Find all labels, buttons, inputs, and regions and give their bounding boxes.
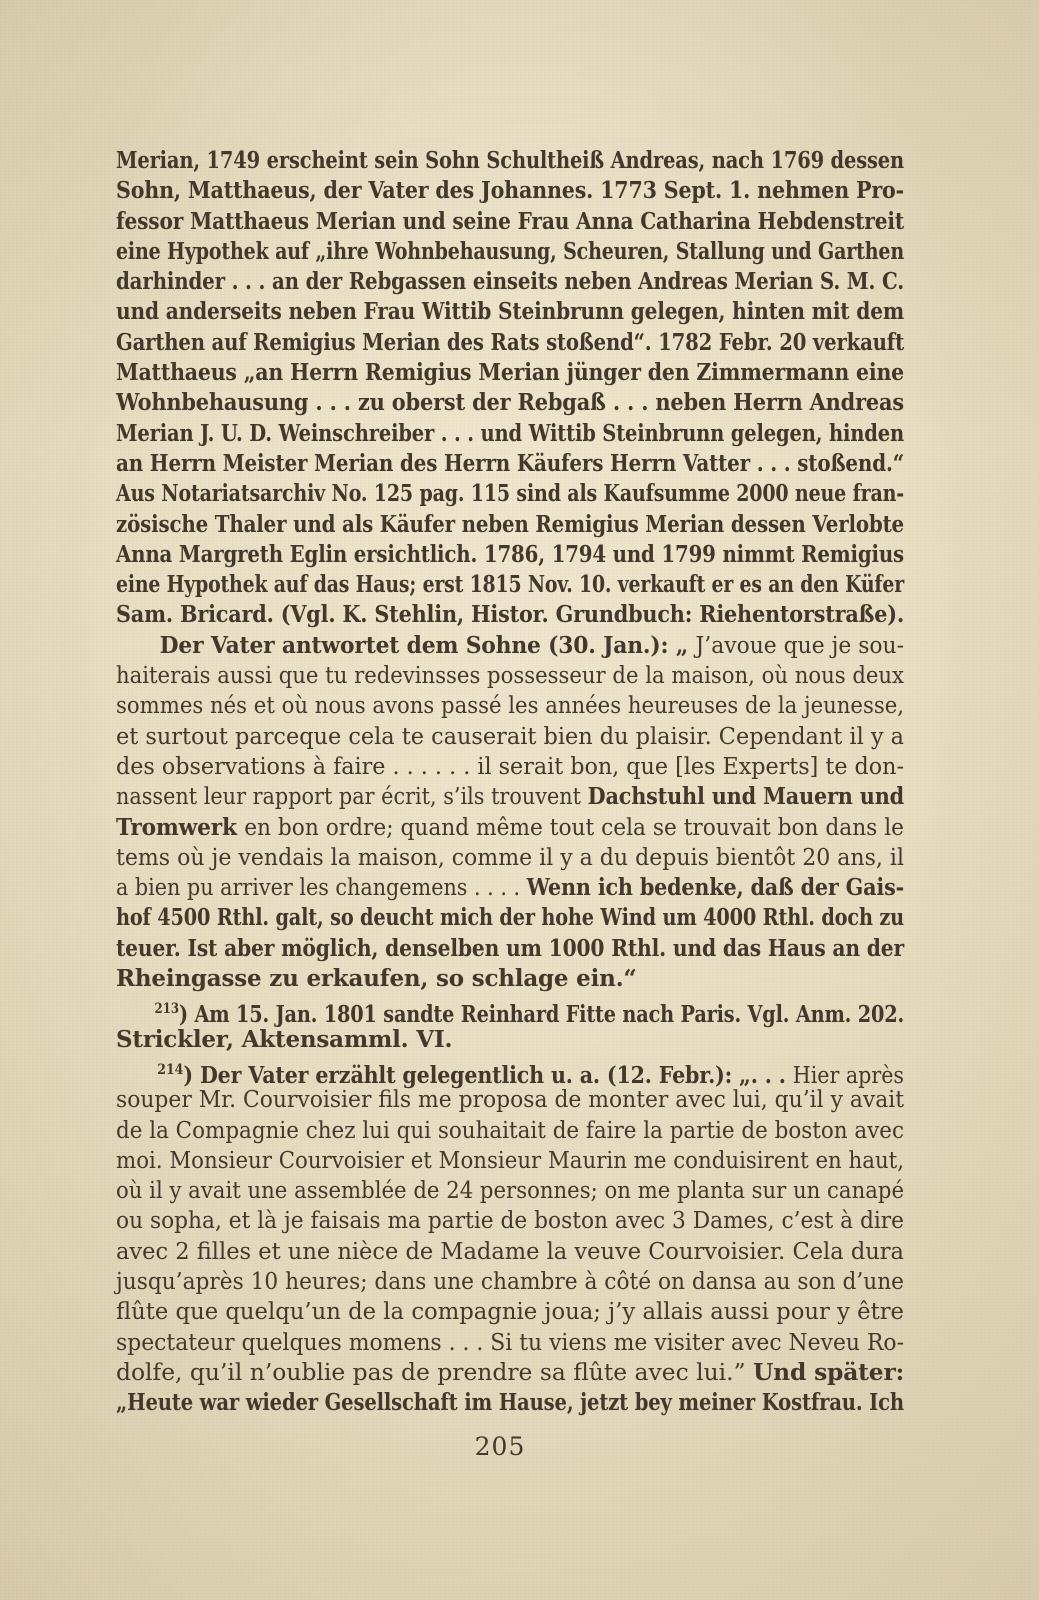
text-segment: Anna Margreth Eglin ersichtlich. 1786, 1… [116,541,904,568]
text-line: Sam. Bricard. (Vgl. K. Stehlin, Histor. … [116,600,904,630]
text-segment: où il y avait une assemblée de 24 person… [116,1178,904,1204]
text-line: jusqu’après 10 heures; dans une chambre … [116,1267,904,1297]
text-line-content: et surtout parceque cela te causerait bi… [116,722,904,752]
text-line: spectateur quelques momens . . . Si tu v… [116,1328,904,1358]
text-segment: flûte que quelqu’un de la compagnie joua… [116,1299,904,1325]
text-line: zösische Thaler und als Käufer neben Rem… [116,510,904,540]
text-line-content: sommes nés et où nous avons passé les an… [116,691,904,721]
text-line: Der Vater antwortet dem Sohne (30. Jan.)… [116,631,904,661]
text-line-content: Merian J. U. D. Weinschreiber . . . und … [116,419,904,449]
text-line: où il y avait une assemblée de 24 person… [116,1176,904,1206]
text-segment: des observations à faire . . . . . . il … [116,754,904,780]
text-segment: und anderseits neben Frau Wittib Steinbr… [116,298,904,325]
text-line-content: Garthen auf Remigius Merian des Rats sto… [116,328,904,358]
text-line-content: eine Hypothek auf das Haus; erst 1815 No… [116,570,904,600]
text-line-content: tems où je vendais la maison, comme il y… [116,843,904,873]
text-line-content: souper Mr. Courvoisier fils me proposa d… [116,1085,904,1115]
footnote-ref: 213 [155,1001,179,1017]
text-segment: Wenn ich bedenke, daß der Gais- [527,874,904,901]
text-line: Aus Notariatsarchiv No. 125 pag. 115 sin… [116,479,904,509]
text-line-content: fessor Matthaeus Merian und seine Frau A… [116,207,904,237]
text-line-content: a bien pu arriver les changemens . . . .… [116,873,904,903]
text-line-content: Rheingasse zu erkaufen, so schlage ein.“ [116,964,636,994]
text-line: darhinder . . . an der Rebgassen einseit… [116,267,904,297]
text-line-content: où il y avait une assemblée de 24 person… [116,1176,904,1206]
text-segment: Aus Notariatsarchiv No. 125 pag. 115 sin… [116,480,904,507]
text-line-content: hof 4500 Rthl. galt, so deucht mich der … [116,903,904,933]
text-line-content: haiterais aussi que tu redevinsses posse… [116,661,904,691]
text-segment: jusqu’après 10 heures; dans une chambre … [116,1269,904,1295]
text-segment: souper Mr. Courvoisier fils me proposa d… [116,1087,904,1113]
text-line-content: spectateur quelques momens . . . Si tu v… [116,1328,904,1358]
text-segment: avec 2 filles et une nièce de Madame la … [116,1239,904,1265]
text-segment: teuer. Ist aber möglich, denselben um 10… [116,935,904,962]
text-line-content: ou sopha, et là je faisais ma partie de … [116,1206,904,1236]
text-line-content: Anna Margreth Eglin ersichtlich. 1786, 1… [116,540,904,570]
text-segment: Wohnbehausung . . . zu oberst der Rebgaß… [116,389,904,416]
text-line: flûte que quelqu’un de la compagnie joua… [116,1297,904,1327]
text-line-content: und anderseits neben Frau Wittib Steinbr… [116,297,904,327]
text-line: „Heute war wieder Gesellschaft im Hause,… [116,1388,904,1418]
text-line: Matthaeus „an Herrn Remigius Merian jüng… [116,358,904,388]
text-segment: Dachstuhl und Mauern und [588,783,904,810]
text-line-content: nassent leur rapport par écrit, s’ils tr… [116,782,904,812]
text-line: tems où je vendais la maison, comme il y… [116,843,904,873]
text-line: fessor Matthaeus Merian und seine Frau A… [116,207,904,237]
text-line: Merian, 1749 erscheint sein Sohn Schulth… [116,146,904,176]
text-line: Garthen auf Remigius Merian des Rats sto… [116,328,904,358]
text-line: avec 2 filles et une nièce de Madame la … [116,1237,904,1267]
text-segment: J’avoue que je sou- [696,633,904,659]
text-segment: ou sopha, et là je faisais ma partie de … [116,1208,904,1234]
text-line-content: Merian, 1749 erscheint sein Sohn Schulth… [116,146,904,176]
text-line: dolfe, qu’il n’oublie pas de prendre sa … [116,1358,904,1388]
text-segment: Merian, 1749 erscheint sein Sohn Schulth… [116,147,904,174]
text-line: moi. Monsieur Courvoisier et Monsieur Ma… [116,1146,904,1176]
text-line-content: Matthaeus „an Herrn Remigius Merian jüng… [116,358,904,388]
text-segment: Und später: [753,1359,904,1386]
text-line-content: an Herrn Meister Merian des Herrn Käufer… [116,449,904,479]
text-line-content: avec 2 filles et une nièce de Madame la … [116,1237,904,1267]
text-segment: „Heute war wieder Gesellschaft im Hause,… [116,1389,904,1416]
text-segment: eine Hypothek auf „ihre Wohnbehausung, S… [116,238,904,265]
text-segment: Garthen auf Remigius Merian des Rats sto… [116,329,904,356]
text-line: an Herrn Meister Merian des Herrn Käufer… [116,449,904,479]
text-segment: Merian J. U. D. Weinschreiber . . . und … [116,420,904,447]
text-line-content: des observations à faire . . . . . . il … [116,752,904,782]
text-segment: fessor Matthaeus Merian und seine Frau A… [116,208,904,235]
text-segment: dolfe, qu’il n’oublie pas de prendre sa … [116,1360,753,1386]
text-line: Rheingasse zu erkaufen, so schlage ein.“ [116,964,904,994]
text-line-content: moi. Monsieur Courvoisier et Monsieur Ma… [116,1146,904,1176]
text-segment: Rheingasse zu erkaufen, so schlage ein.“ [116,965,636,992]
text-segment: eine Hypothek auf das Haus; erst 1815 No… [116,571,904,598]
text-segment: Der Vater antwortet dem Sohne (30. Jan.)… [160,632,696,659]
text-line: eine Hypothek auf das Haus; erst 1815 No… [116,570,904,600]
text-line-content: de la Compagnie chez lui qui souhaitait … [116,1116,904,1146]
page-number: 205 [0,1432,1000,1461]
text-line: Merian J. U. D. Weinschreiber . . . und … [116,419,904,449]
text-line: Tromwerk en bon ordre; quand même tout c… [116,813,904,843]
text-segment: Sam. Bricard. (Vgl. K. Stehlin, Histor. … [116,601,904,628]
text-line: des observations à faire . . . . . . il … [116,752,904,782]
text-line: nassent leur rapport par écrit, s’ils tr… [116,782,904,812]
text-line: hof 4500 Rthl. galt, so deucht mich der … [116,903,904,933]
text-segment: Tromwerk [116,814,244,841]
text-segment: de la Compagnie chez lui qui souhaitait … [116,1118,904,1144]
text-line: und anderseits neben Frau Wittib Steinbr… [116,297,904,327]
text-line: haiterais aussi que tu redevinsses posse… [116,661,904,691]
text-line: Sohn, Matthaeus, der Vater des Johannes.… [116,176,904,206]
text-line-content: teuer. Ist aber möglich, denselben um 10… [116,934,904,964]
text-segment: ) Am 15. Jan. 1801 sandte Reinhard Fitte… [179,1001,904,1028]
text-line-content: Aus Notariatsarchiv No. 125 pag. 115 sin… [116,479,904,509]
text-line: 214) Der Vater erzählt gelegentlich u. a… [116,1055,904,1085]
text-line: eine Hypothek auf „ihre Wohnbehausung, S… [116,237,904,267]
text-line-content: Wohnbehausung . . . zu oberst der Rebgaß… [116,388,904,418]
text-segment: et surtout parceque cela te causerait bi… [116,724,904,750]
text-line-content: zösische Thaler und als Käufer neben Rem… [116,510,904,540]
text-line: de la Compagnie chez lui qui souhaitait … [116,1116,904,1146]
page-body-text: Merian, 1749 erscheint sein Sohn Schulth… [116,146,904,1418]
text-segment: en bon ordre; quand même tout cela se tr… [244,815,904,841]
text-segment: sommes nés et où nous avons passé les an… [116,693,904,719]
text-line-content: Sam. Bricard. (Vgl. K. Stehlin, Histor. … [116,600,904,630]
text-line: teuer. Ist aber möglich, denselben um 10… [116,934,904,964]
text-segment: an Herrn Meister Merian des Herrn Käufer… [116,450,904,477]
text-line: a bien pu arriver les changemens . . . .… [116,873,904,903]
footnote-ref: 214 [157,1062,183,1078]
text-line-content: darhinder . . . an der Rebgassen einseit… [116,267,904,297]
text-line-content: dolfe, qu’il n’oublie pas de prendre sa … [116,1358,904,1388]
text-line-content: jusqu’après 10 heures; dans une chambre … [116,1267,904,1297]
text-segment: darhinder . . . an der Rebgassen einseit… [116,268,904,295]
text-line-content: „Heute war wieder Gesellschaft im Hause,… [116,1388,904,1418]
text-segment: tems où je vendais la maison, comme il y… [116,845,904,871]
text-line-content: flûte que quelqu’un de la compagnie joua… [116,1297,904,1327]
text-line: 213) Am 15. Jan. 1801 sandte Reinhard Fi… [116,994,904,1024]
text-line-content: Der Vater antwortet dem Sohne (30. Jan.)… [116,631,904,661]
text-line: Wohnbehausung . . . zu oberst der Rebgaß… [116,388,904,418]
scanned-book-page: { "theme": { "paper_color": "#e9dec2", "… [0,0,1039,1600]
text-line-content: 213) Am 15. Jan. 1801 sandte Reinhard Fi… [116,994,904,1030]
text-line: et surtout parceque cela te causerait bi… [116,722,904,752]
text-segment: zösische Thaler und als Käufer neben Rem… [116,511,904,538]
text-segment: nassent leur rapport par écrit, s’ils tr… [116,784,588,810]
text-segment: Matthaeus „an Herrn Remigius Merian jüng… [116,359,904,386]
text-line: sommes nés et où nous avons passé les an… [116,691,904,721]
text-line: souper Mr. Courvoisier fils me proposa d… [116,1085,904,1115]
text-segment: Sohn, Matthaeus, der Vater des Johannes.… [116,177,904,204]
text-segment: spectateur quelques momens . . . Si tu v… [116,1330,904,1356]
text-segment: hof 4500 Rthl. galt, so deucht mich der … [116,904,904,931]
text-line: ou sopha, et là je faisais ma partie de … [116,1206,904,1236]
text-line: Anna Margreth Eglin ersichtlich. 1786, 1… [116,540,904,570]
text-segment: moi. Monsieur Courvoisier et Monsieur Ma… [116,1148,904,1174]
text-line-content: Tromwerk en bon ordre; quand même tout c… [116,813,904,843]
text-segment: a bien pu arriver les changemens . . . . [116,875,527,901]
text-line-content: eine Hypothek auf „ihre Wohnbehausung, S… [116,237,904,267]
text-line-content: Sohn, Matthaeus, der Vater des Johannes.… [116,176,904,206]
text-segment: haiterais aussi que tu redevinsses posse… [116,663,904,689]
